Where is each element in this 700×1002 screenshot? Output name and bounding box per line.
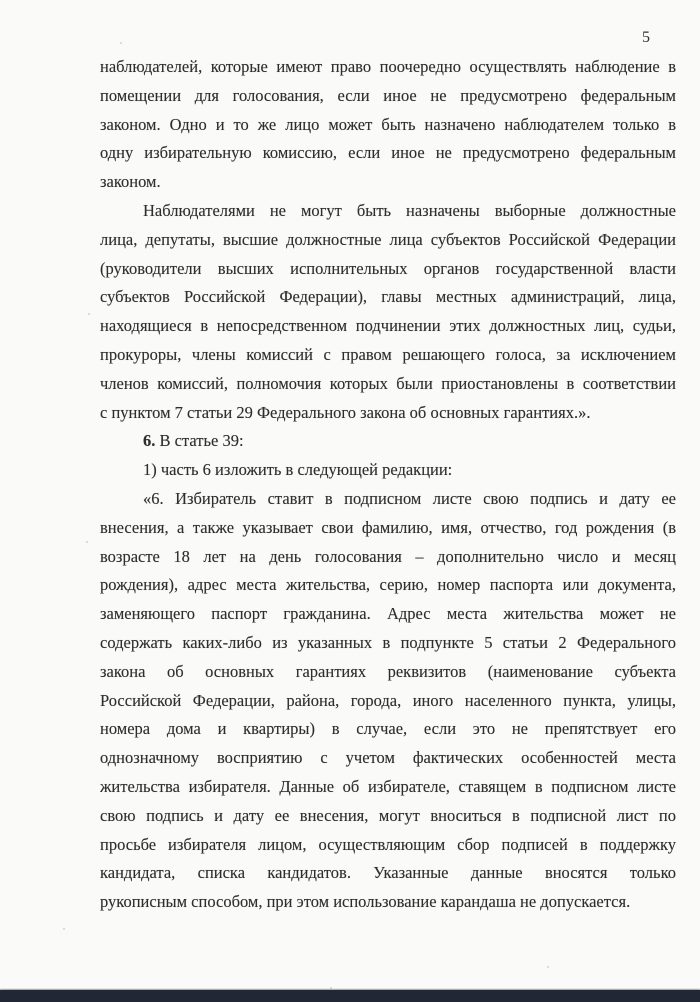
text-segment: содержать каких-либо из указанных в подп… [100,633,676,652]
text-segment: свою подпись и дату ее внесения, могут в… [100,806,676,825]
text-line: (руководители высших исполнительных орга… [100,255,676,284]
paragraph: Наблюдателями не могут быть назначены вы… [100,197,676,427]
text-segment: заменяющего паспорт гражданина. Адрес ме… [100,604,676,623]
text-segment: жительства избирателя. Данные об избират… [100,777,676,796]
text-segment: Наблюдателями не могут быть назначены вы… [143,201,676,220]
text-segment: В статье 39: [155,431,243,450]
text-segment: законом. [100,172,161,191]
text-segment: членов комиссий, полномочия которых были… [100,374,676,393]
scan-speck [88,313,90,315]
text-line: возрасте 18 лет на день голосования – до… [100,543,676,572]
text-segment: 1) часть 6 изложить в следующей редакции… [143,460,452,479]
text-line: рождения), адрес места жительства, серию… [100,571,676,600]
text-line: закона об основных гарантиях реквизитов … [100,658,676,687]
text-line: заменяющего паспорт гражданина. Адрес ме… [100,600,676,629]
text-segment: просьбе избирателя лицом, осуществляющим… [100,835,676,854]
text-line: 6. В статье 39: [100,427,676,456]
text-segment: одну избирательную комиссию, если иное н… [100,143,676,162]
scan-speck [120,42,122,44]
text-line: находящиеся в непосредственном подчинени… [100,312,676,341]
text-line: внесения, а также указывает свои фамилию… [100,514,676,543]
text-segment: помещении для голосования, если иное не … [100,86,676,105]
text-line: рукописным способом, при этом использова… [100,888,676,917]
text-segment: кандидата, списка кандидатов. Указанные … [100,863,676,882]
scan-speck [86,541,88,543]
text-segment: наблюдателей, которые имеют право поочер… [100,57,676,76]
bold-text-segment: 6. [143,431,155,450]
text-segment: рукописным способом, при этом использова… [100,892,630,911]
text-segment: внесения, а также указывает свои фамилию… [100,518,676,537]
text-line: законом. [100,168,676,197]
text-segment: рождения), адрес места жительства, серию… [100,575,676,594]
text-line: «6. Избиратель ставит в подписном листе … [100,485,676,514]
text-line: содержать каких-либо из указанных в подп… [100,629,676,658]
text-segment: однозначному восприятию с учетом фактиче… [100,748,676,767]
text-segment: «6. Избиратель ставит в подписном листе … [143,489,676,508]
text-line: однозначному восприятию с учетом фактиче… [100,744,676,773]
text-segment: закона об основных гарантиях реквизитов … [100,662,676,681]
text-segment: прокуроры, члены комиссий с правом решаю… [100,345,676,364]
text-line: наблюдателей, которые имеют право поочер… [100,53,676,82]
paragraph: наблюдателей, которые имеют право поочер… [100,53,676,197]
text-line: просьбе избирателя лицом, осуществляющим… [100,831,676,860]
text-line: прокуроры, члены комиссий с правом решаю… [100,341,676,370]
scan-speck [547,966,549,968]
text-line: лица, депутаты, высшие должностные лица … [100,226,676,255]
scan-speck [63,928,65,930]
text-segment: с пунктом 7 статьи 29 Федерального закон… [100,403,590,422]
page-number: 5 [642,29,650,47]
text-segment: (руководители высших исполнительных орга… [100,259,676,278]
text-line: жительства избирателя. Данные об избират… [100,773,676,802]
text-line: субъектов Российской Федерации), главы м… [100,283,676,312]
text-segment: находящиеся в непосредственном подчинени… [100,316,676,335]
scan-speck [330,987,332,989]
text-segment: номера дома и квартиры) в случае, если э… [100,719,676,738]
text-line: членов комиссий, полномочия которых были… [100,370,676,399]
paragraph: 6. В статье 39: [100,427,676,456]
text-segment: возрасте 18 лет на день голосования – до… [100,547,676,566]
text-line: законом. Одно и то же лицо может быть на… [100,111,676,140]
scanned-page: 5 наблюдателей, которые имеют право пооч… [0,0,700,1002]
text-line: с пунктом 7 статьи 29 Федерального закон… [100,399,676,428]
text-segment: законом. Одно и то же лицо может быть на… [100,115,676,134]
paragraph: «6. Избиратель ставит в подписном листе … [100,485,676,917]
text-line: одну избирательную комиссию, если иное н… [100,139,676,168]
text-line: помещении для голосования, если иное не … [100,82,676,111]
text-line: Наблюдателями не могут быть назначены вы… [100,197,676,226]
paragraph: 1) часть 6 изложить в следующей редакции… [100,456,676,485]
text-line: кандидата, списка кандидатов. Указанные … [100,859,676,888]
text-line: номера дома и квартиры) в случае, если э… [100,715,676,744]
document-text: наблюдателей, которые имеют право поочер… [100,53,676,917]
text-line: Российской Федерации, района, города, ин… [100,687,676,716]
text-segment: Российской Федерации, района, города, ин… [100,691,676,710]
text-segment: лица, депутаты, высшие должностные лица … [100,230,676,249]
scan-edge-artifact [0,990,700,1002]
text-segment: субъектов Российской Федерации), главы м… [100,287,676,306]
text-line: 1) часть 6 изложить в следующей редакции… [100,456,676,485]
text-line: свою подпись и дату ее внесения, могут в… [100,802,676,831]
